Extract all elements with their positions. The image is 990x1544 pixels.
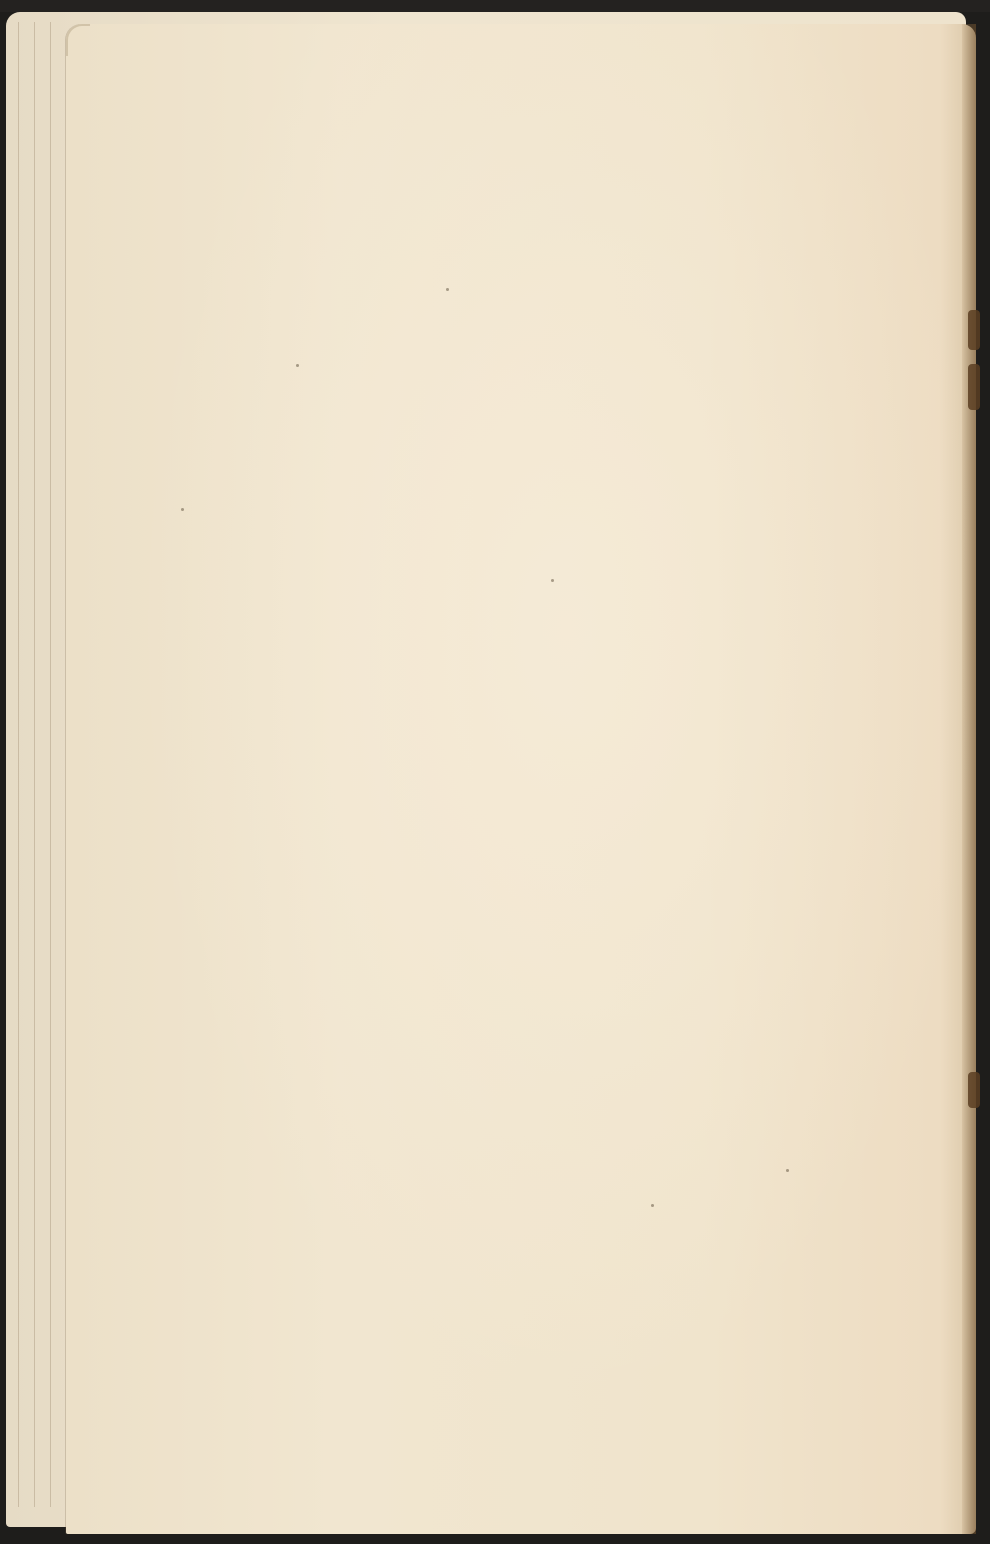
page-corner-fold	[66, 24, 90, 56]
binding-clip	[968, 364, 980, 410]
scanned-page-view	[0, 0, 990, 1544]
paper-speck	[786, 1169, 789, 1172]
paper-speck	[651, 1204, 654, 1207]
scan-background-edge	[0, 0, 990, 12]
binding-clip	[968, 310, 980, 350]
paper-speck	[446, 288, 449, 291]
paper-speck	[181, 508, 184, 511]
paper-speck	[551, 579, 554, 582]
paper-speck	[296, 364, 299, 367]
page-edge-line	[34, 22, 35, 1507]
blank-page	[66, 24, 976, 1534]
binding-clip	[968, 1072, 980, 1108]
binding-gutter	[962, 24, 976, 1534]
page-edge-line	[50, 22, 51, 1507]
page-edge-line	[18, 22, 19, 1507]
